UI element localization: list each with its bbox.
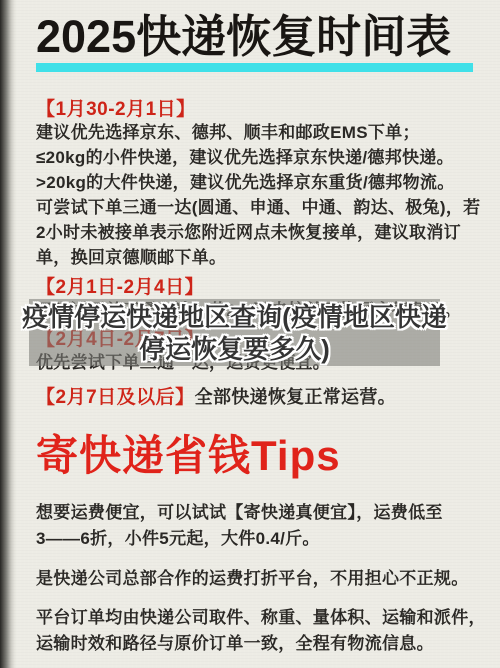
tips-text-line: 平台订单均由快递公司取件、称重、量体积、运输和派件， (36, 605, 476, 631)
page-binding-shadow (0, 0, 17, 668)
schedule-text-line: 可尝试下单三通一达(圆通、申通、中通、韵达、极兔)，若 (36, 195, 476, 220)
tips-text-line: 运输时效和路径与原价订单一致，全程有物流信息。 (36, 631, 476, 657)
tips-title: 寄快递省钱Tips (36, 431, 476, 481)
page-title: 2025快递恢复时间表 (36, 12, 476, 62)
watermark-overlay: 疫情停运快递地区查询(疫情地区快递 停运恢复要多久) (29, 299, 440, 366)
infographic-page: 2025快递恢复时间表 【1月30-2月1日】 建议优先选择京东、德邦、顺丰和邮… (0, 0, 500, 668)
schedule-text-line: 建议优先选择京东、德邦、顺丰和邮政EMS下单； (36, 120, 476, 145)
schedule-text-line: 单，换回京德顺邮下单。 (36, 245, 476, 270)
tips-paragraph-discount: 想要运费便宜，可以试试【寄快递真便宜】，运费低至 3——6折，小件5元起，大件0… (36, 500, 476, 552)
title-underline (36, 63, 473, 72)
schedule-text-inline: 全部快递恢复正常运营。 (195, 387, 396, 407)
tips-paragraph-logistics: 平台订单均由快递公司取件、称重、量体积、运输和派件， 运输时效和路径与原价订单一… (36, 605, 476, 657)
section-date-header: 【2月7日及以后】 (36, 387, 195, 408)
schedule-section-feb7-onward: 【2月7日及以后】全部快递恢复正常运营。 (36, 382, 476, 409)
tips-paragraph-platform: 是快递公司总部合作的运费打折平台，不用担心不正规。 (36, 566, 476, 592)
tips-text-line: 3——6折，小件5元起，大件0.4/斤。 (36, 526, 476, 552)
tips-text-line: 想要运费便宜，可以试试【寄快递真便宜】，运费低至 (36, 500, 476, 526)
section-date-header: 【2月1日-2月4日】 (36, 277, 476, 298)
schedule-section-jan30-feb1: 【1月30-2月1日】 建议优先选择京东、德邦、顺丰和邮政EMS下单； ≤20k… (36, 99, 476, 270)
watermark-text-line: 停运恢复要多久) (139, 333, 330, 365)
tips-text-line: 是快递公司总部合作的运费打折平台，不用担心不正规。 (36, 566, 476, 592)
schedule-text-line: >20kg的大件快递，建议优先选择京东重货/德邦物流。 (36, 170, 476, 195)
schedule-text-line: 2小时未被接单表示您附近网点未恢复接单，建议取消订 (36, 220, 476, 245)
watermark-text-line: 疫情停运快递地区查询(疫情地区快递 (22, 301, 447, 333)
section-date-header: 【1月30-2月1日】 (36, 99, 476, 120)
schedule-text-line: ≤20kg的小件快递，建议优先选择京东快递/德邦快递。 (36, 145, 476, 170)
